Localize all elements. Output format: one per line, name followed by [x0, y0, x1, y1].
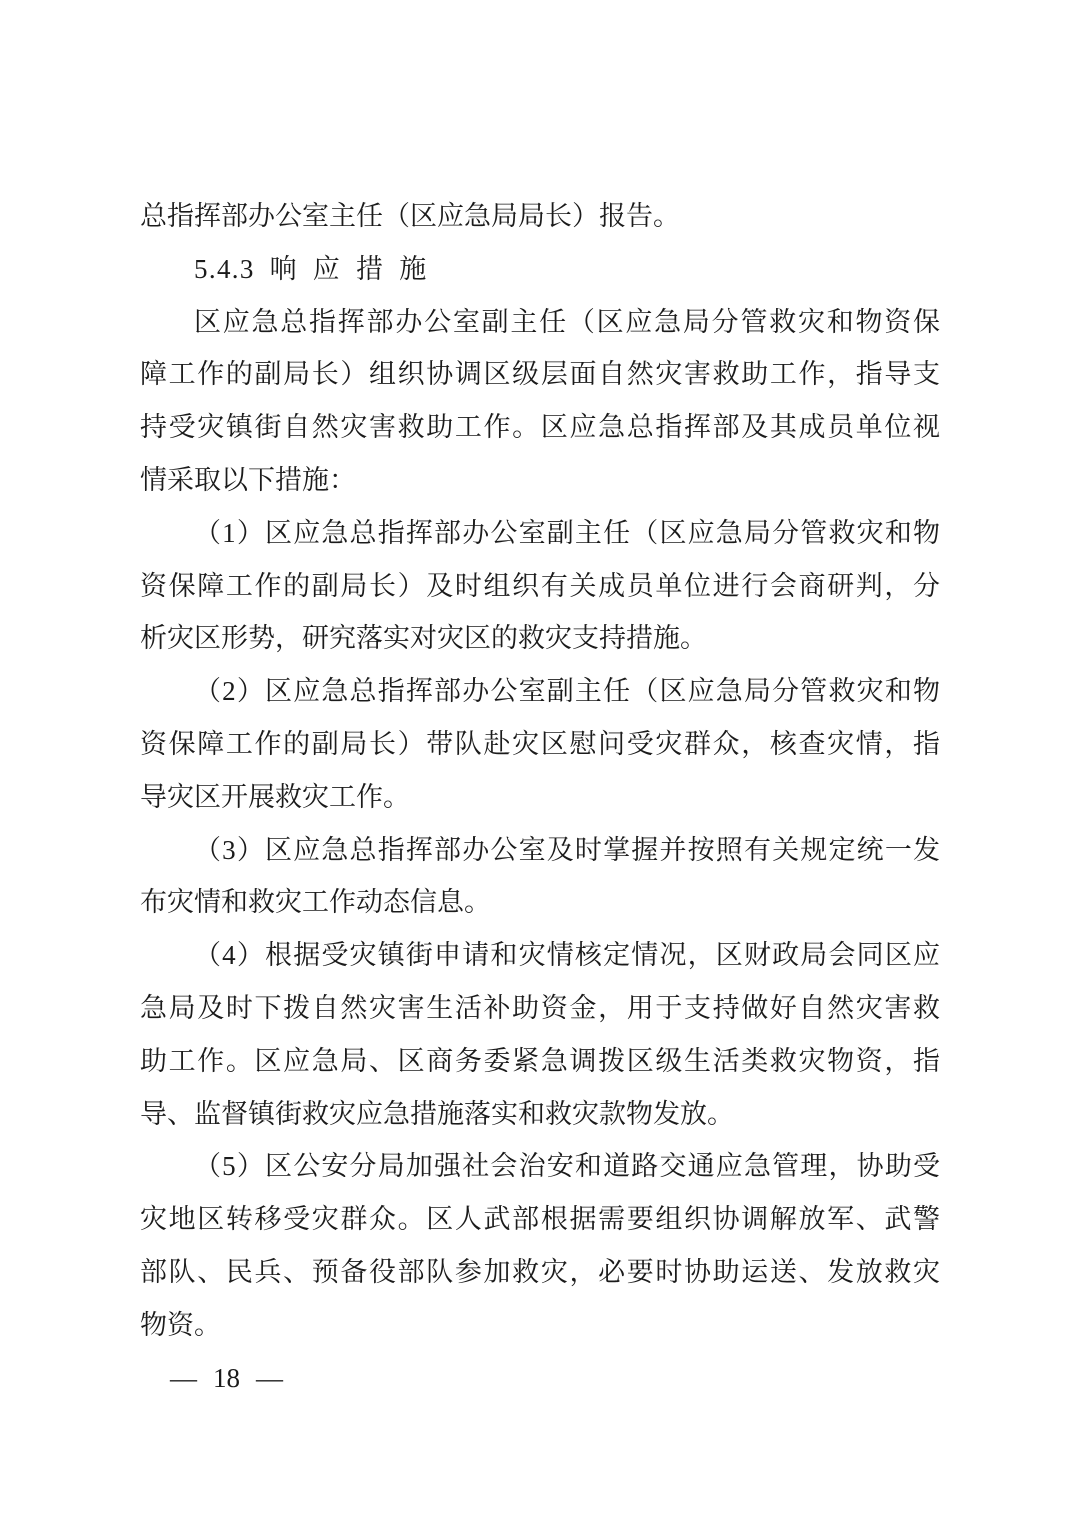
paragraph-line: 资保障工作的副局长）及时组织有关成员单位进行会商研判，分: [140, 560, 940, 613]
paragraph-line: 布灾情和救灾工作动态信息。: [140, 876, 940, 929]
paragraph-line: 导、监督镇街救灾应急措施落实和救灾款物发放。: [140, 1088, 940, 1141]
footer-dash-left: —: [170, 1363, 197, 1393]
paragraph-line: 急局及时下拨自然灾害生活补助资金，用于支持做好自然灾害救: [140, 982, 940, 1035]
paragraph-line: 灾地区转移受灾群众。区人武部根据需要组织协调解放军、武警: [140, 1193, 940, 1246]
document-body: 总指挥部办公室主任（区应急局局长）报告。 5.4.3响应措施 区应急总指挥部办公…: [140, 190, 940, 1404]
paragraph-line: 部队、民兵、预备役部队参加救灾，必要时协助运送、发放救灾: [140, 1246, 940, 1299]
page-footer: —18—: [140, 1352, 940, 1405]
footer-dash-right: —: [256, 1363, 283, 1393]
paragraph-line: 物资。: [140, 1299, 940, 1352]
paragraph-line: （3）区应急总指挥部办公室及时掌握并按照有关规定统一发: [140, 824, 940, 877]
section-heading: 5.4.3响应措施: [140, 243, 940, 296]
paragraph-line: 区应急总指挥部办公室副主任（区应急局分管救灾和物资保: [140, 296, 940, 349]
page-number: 18: [213, 1363, 240, 1393]
paragraph-line: （2）区应急总指挥部办公室副主任（区应急局分管救灾和物: [140, 665, 940, 718]
section-title: 响应措施: [270, 254, 443, 284]
paragraph-line: （5）区公安分局加强社会治安和道路交通应急管理，协助受: [140, 1140, 940, 1193]
paragraph-line: 导灾区开展救灾工作。: [140, 771, 940, 824]
paragraph-line: 情采取以下措施：: [140, 454, 940, 507]
paragraph-line: 障工作的副局长）组织协调区级层面自然灾害救助工作，指导支: [140, 348, 940, 401]
paragraph-line: （1）区应急总指挥部办公室副主任（区应急局分管救灾和物: [140, 507, 940, 560]
paragraph-line: 总指挥部办公室主任（区应急局局长）报告。: [140, 190, 940, 243]
paragraph-line: 资保障工作的副局长）带队赴灾区慰问受灾群众，核查灾情，指: [140, 718, 940, 771]
document-page: 总指挥部办公室主任（区应急局局长）报告。 5.4.3响应措施 区应急总指挥部办公…: [0, 0, 1074, 1520]
section-number: 5.4.3: [194, 254, 255, 284]
paragraph-line: 助工作。区应急局、区商务委紧急调拨区级生活类救灾物资，指: [140, 1035, 940, 1088]
paragraph-line: 析灾区形势，研究落实对灾区的救灾支持措施。: [140, 612, 940, 665]
paragraph-line: （4）根据受灾镇街申请和灾情核定情况，区财政局会同区应: [140, 929, 940, 982]
paragraph-line: 持受灾镇街自然灾害救助工作。区应急总指挥部及其成员单位视: [140, 401, 940, 454]
